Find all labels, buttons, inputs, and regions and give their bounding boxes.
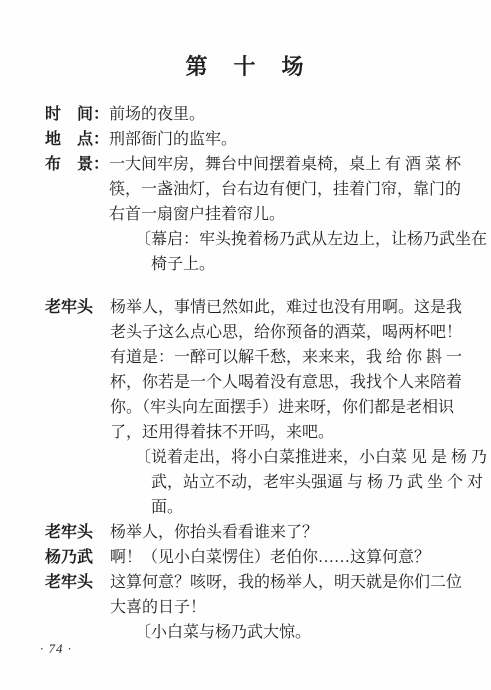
speech-block: 杨乃武 啊！（见小白菜愣住）老伯你……这算何意？ xyxy=(45,545,491,570)
direction-line: 面。 xyxy=(135,495,491,520)
speech-lines: 杨举人，你抬头看看谁来了？ xyxy=(110,520,318,545)
stage-direction-opening: 〔幕启：牢头挽着杨乃武从左边上，让杨乃武坐在 椅子上。 xyxy=(135,227,491,277)
speech-lines: 杨举人，事情已然如此，难过也没有用啊。这是我 老头子这么点心思，给你预备的酒菜，… xyxy=(110,295,462,445)
stage-direction: 〔说着走出，将小白菜推进来，小白菜 见 是 杨 乃 武，站立不动，老牢头强逼 与… xyxy=(135,445,491,520)
speech-line: 老头子这么点心思，给你预备的酒菜，喝两杯吧！ xyxy=(110,320,462,345)
dialogue-section: 老牢头 杨举人，事情已然如此，难过也没有用啊。这是我 老头子这么点心思，给你预备… xyxy=(0,295,491,645)
direction-line: 武，站立不动，老牢头强逼 与 杨 乃 武 坐 个 对 xyxy=(135,470,491,495)
meta-label-scenery: 布 景： xyxy=(45,152,109,227)
stage-direction-final: 〔小白菜与杨乃武大惊。 xyxy=(135,620,491,645)
meta-section: 时 间： 前场的夜里。 地 点： 刑部衙门的监牢。 布 景： 一大间牢房，舞台中… xyxy=(0,102,491,227)
meta-label-place: 地 点： xyxy=(45,127,109,152)
speech-line: 你。（牢头向左面摆手）进来呀，你们都是老相识 xyxy=(110,395,462,420)
speaker-name: 老牢头 xyxy=(45,570,110,620)
meta-line: 前场的夜里。 xyxy=(109,102,205,127)
direction-line: 〔幕启：牢头挽着杨乃武从左边上，让杨乃武坐在 xyxy=(135,227,491,252)
speech-line: 杨举人，事情已然如此，难过也没有用啊。这是我 xyxy=(110,295,462,320)
speech-lines: 啊！（见小白菜愣住）老伯你……这算何意？ xyxy=(110,545,430,570)
speaker-name: 老牢头 xyxy=(45,295,110,445)
speech-line: 啊！（见小白菜愣住）老伯你……这算何意？ xyxy=(110,545,430,570)
meta-row-time: 时 间： 前场的夜里。 xyxy=(45,102,491,127)
speaker-name: 杨乃武 xyxy=(45,545,110,570)
speech-line: 大喜的日子！ xyxy=(110,595,462,620)
meta-content-time: 前场的夜里。 xyxy=(109,102,205,127)
meta-line: 一大间牢房，舞台中间摆着桌椅，桌上 有 酒 菜 杯 xyxy=(109,152,461,177)
page-number: · 74 · xyxy=(40,641,72,657)
speech-block: 老牢头 杨举人，你抬头看看谁来了？ xyxy=(45,520,491,545)
meta-line: 刑部衙门的监牢。 xyxy=(109,127,237,152)
scene-title: 第 十 场 xyxy=(0,0,491,82)
speaker-name: 老牢头 xyxy=(45,520,110,545)
speech-line: 这算何意？咳呀，我的杨举人，明天就是你们二位 xyxy=(110,570,462,595)
meta-row-place: 地 点： 刑部衙门的监牢。 xyxy=(45,127,491,152)
direction-line: 〔小白菜与杨乃武大惊。 xyxy=(135,620,491,645)
meta-content-place: 刑部衙门的监牢。 xyxy=(109,127,237,152)
direction-line: 椅子上。 xyxy=(135,252,491,277)
speech-line: 有道是：一醉可以解千愁，来来来，我 给 你 斟 一 xyxy=(110,345,462,370)
direction-line: 〔说着走出，将小白菜推进来，小白菜 见 是 杨 乃 xyxy=(135,445,491,470)
meta-label-time: 时 间： xyxy=(45,102,109,127)
meta-line: 筷，一盏油灯，台右边有便门，挂着门帘，靠门的 xyxy=(109,177,461,202)
speech-block: 老牢头 这算何意？咳呀，我的杨举人，明天就是你们二位 大喜的日子！ xyxy=(45,570,491,620)
speech-block: 老牢头 杨举人，事情已然如此，难过也没有用啊。这是我 老头子这么点心思，给你预备… xyxy=(45,295,491,445)
speech-line: 杨举人，你抬头看看谁来了？ xyxy=(110,520,318,545)
speech-lines: 这算何意？咳呀，我的杨举人，明天就是你们二位 大喜的日子！ xyxy=(110,570,462,620)
meta-line: 右首一扇窗户挂着帘儿。 xyxy=(109,202,461,227)
speech-line: 了，还用得着抹不开吗，来吧。 xyxy=(110,420,462,445)
book-page: 第 十 场 时 间： 前场的夜里。 地 点： 刑部衙门的监牢。 布 景： 一大间… xyxy=(0,0,491,690)
meta-row-scenery: 布 景： 一大间牢房，舞台中间摆着桌椅，桌上 有 酒 菜 杯 筷，一盏油灯，台右… xyxy=(45,152,491,227)
speech-line: 杯，你若是一个人喝着没有意思，我找个人来陪着 xyxy=(110,370,462,395)
meta-content-scenery: 一大间牢房，舞台中间摆着桌椅，桌上 有 酒 菜 杯 筷，一盏油灯，台右边有便门，… xyxy=(109,152,461,227)
